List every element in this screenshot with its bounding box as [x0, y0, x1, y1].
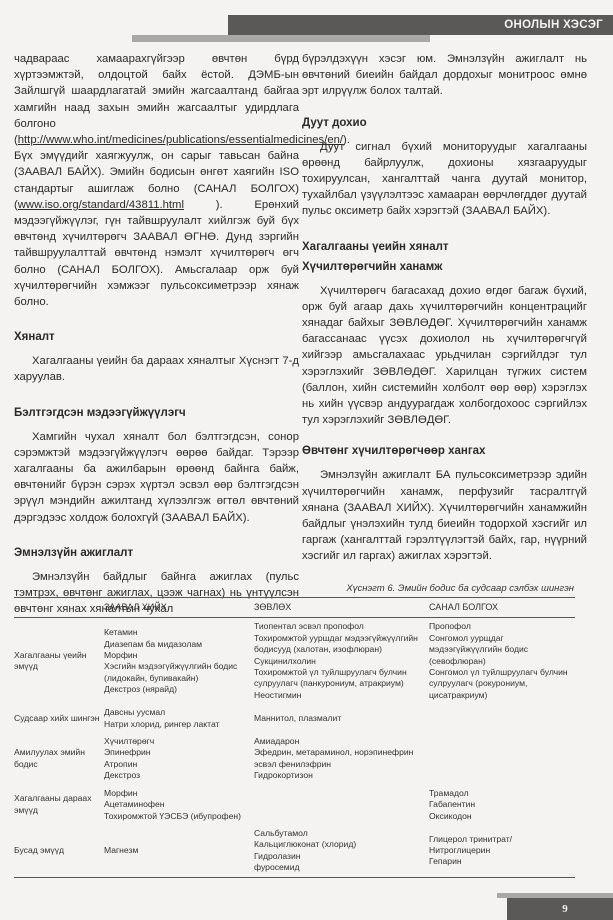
drug-item: Эфедрин, метараминол, норэпинефрин эсвэл…	[254, 747, 429, 770]
drug-item: Тохиромжтой үл туйлшруулагч булчин сулру…	[254, 667, 429, 690]
header-suggested: САНАЛ БОЛГОХ	[429, 598, 575, 618]
drug-item: Тиопентал эсвэл пропофол	[254, 621, 429, 632]
section-heading-audible-alarm: Дуут дохио	[302, 115, 587, 131]
cell-suggested	[429, 704, 575, 733]
table-header-row: ЗААВАЛ ХИЙХ ЗӨВЛӨХ САНАЛ БОЛГОХ	[14, 598, 575, 618]
section-heading-monitoring: Хяналт	[14, 329, 299, 345]
drug-item: Неостигмин	[254, 690, 429, 701]
drug-item: фуросемид	[254, 862, 429, 873]
section-header-bar: ОНОЛЫН ХЭСЭГ	[228, 15, 613, 35]
drug-item: Сонгомол уурщдаг мэдээгүйжүүлгийн бодис …	[429, 633, 575, 667]
table-row: Хагалгааны дараах эмүүдМорфинАцетаминофе…	[14, 785, 575, 825]
page-number: 9	[562, 903, 568, 915]
drug-item: Эпинефрин	[104, 747, 254, 758]
section-body-oxygenation: Эмнэлзүйн ажиглалт БА пульсоксиметрээр э…	[302, 467, 587, 564]
drug-item: Сукцинилхолин	[254, 656, 429, 667]
continuation-paragraph: бүрэлдэхүүн хэсэг юм. Эмнэлзүйн ажиглалт…	[302, 51, 587, 100]
drug-item: Сальбутамол	[254, 828, 429, 839]
cell-suggested: ТрамадолГабапентинОксикодон	[429, 785, 575, 825]
table-row: Бусад эмүүдМагнезмСальбутамолКальциглюко…	[14, 825, 575, 877]
cell-mandatory: Магнезм	[104, 825, 254, 877]
cell-suggested: Глицерол тринитрат/ НитроглицеринГепарин	[429, 825, 575, 877]
drug-item: Хүчилтөрөгч	[104, 736, 254, 747]
section-body-oxygen-saturation: Хүчилтөрөгч багасахад дохио өгдөг багаж …	[302, 283, 587, 429]
cell-mandatory: ХүчилтөрөгчЭпинефринАтропинДекстроз	[104, 733, 254, 785]
row-category: Судсаар хийх шингэн	[14, 704, 104, 733]
drugs-table: ЗААВАЛ ХИЙХ ЗӨВЛӨХ САНАЛ БОЛГОХ Хагалгаа…	[14, 597, 575, 878]
header-accent-bar	[132, 35, 430, 42]
right-column: бүрэлдэхүүн хэсэг юм. Эмнэлзүйн ажиглалт…	[302, 51, 587, 565]
section-heading-oxygenation: Өвчтөнг хүчилтөрөгчөөр хангах	[302, 443, 587, 459]
cell-recommended	[254, 785, 429, 825]
drug-item: Оксикодон	[429, 811, 575, 822]
drug-item: Гидролазин	[254, 851, 429, 862]
drug-item: Тохиромжтой ҮЭСБЭ (ибупрофен)	[104, 811, 254, 822]
cell-recommended: Маннитол, плазмалит	[254, 704, 429, 733]
table-row: Амилуулах эмийн бодисХүчилтөрөгчЭпинефри…	[14, 733, 575, 785]
cell-recommended: СальбутамолКальциглюконат (хлорид)Гидрол…	[254, 825, 429, 877]
drug-item: Гепарин	[429, 856, 575, 867]
section-subheading-oxygen-saturation: Хүчилтөрөгчийн ханамж	[302, 259, 587, 275]
table-caption: Хүснэгт 6. Эмийн бодис ба судсаар сэлбэх…	[0, 583, 574, 594]
section-title: ОНОЛЫН ХЭСЭГ	[504, 19, 603, 31]
drug-item: Габапентин	[429, 799, 575, 810]
intro-paragraph: чадвараас хамаарахгүйгээр өвчтөн бүрд хү…	[14, 51, 299, 310]
row-category: Амилуулах эмийн бодис	[14, 733, 104, 785]
cell-suggested: ПропофолСонгомол уурщдаг мэдээгүйжүүлгий…	[429, 618, 575, 704]
drug-item: Тохиромжтой ууршдаг мэдээгүйжүүлгийн бод…	[254, 633, 429, 656]
table-row: Судсаар хийх шингэнДавсны уусмалНатри хл…	[14, 704, 575, 733]
drug-item: Маннитол, плазмалит	[254, 713, 429, 724]
cell-recommended: Тиопентал эсвэл пропофолТохиромжтой уурш…	[254, 618, 429, 704]
section-heading-trained-anaesthetist: Бэлтгэгдсэн мэдээгүйжүүлэгч	[14, 405, 299, 421]
header-category	[14, 598, 104, 618]
drug-item: Сонгомол үл туйлшруулагч булчин сулруула…	[429, 667, 575, 701]
section-heading-intraoperative-monitoring: Хагалгааны үеийн хяналт	[302, 239, 587, 255]
section-body-trained-anaesthetist: Хамгийн чухал хяналт бол бэлтгэгдсэн, со…	[14, 429, 299, 526]
drug-item: Трамадол	[429, 788, 575, 799]
cell-mandatory: МорфинАцетаминофенТохиромжтой ҮЭСБЭ (ибу…	[104, 785, 254, 825]
drug-item: Атропин	[104, 759, 254, 770]
row-category: Бусад эмүүд	[14, 825, 104, 877]
table-row: Хагалгааны үеийн эмүүдКетаминДиазепам ба…	[14, 618, 575, 704]
section-heading-clinical-observation: Эмнэлзүйн ажиглалт	[14, 545, 299, 561]
drug-item: Давсны уусмал	[104, 707, 254, 718]
drug-item: Морфин	[104, 788, 254, 799]
section-body-monitoring: Хагалгааны үеийн ба дараах хяналтыг Хүсн…	[14, 353, 299, 385]
cell-suggested	[429, 733, 575, 785]
row-category: Хагалгааны дараах эмүүд	[14, 785, 104, 825]
row-category: Хагалгааны үеийн эмүүд	[14, 618, 104, 704]
drug-item: Хэсгийн мэдээгүйжүүлгийн бодис (лидокайн…	[104, 661, 254, 684]
drug-item: Глицерол тринитрат/ Нитроглицерин	[429, 834, 575, 857]
cell-mandatory: КетаминДиазепам ба мидазоламМорфинХэсгий…	[104, 618, 254, 704]
drug-item: Морфин	[104, 650, 254, 661]
who-medicines-link[interactable]: http://www.who.int/medicines/publication…	[18, 134, 343, 146]
header-mandatory: ЗААВАЛ ХИЙХ	[104, 598, 254, 618]
drug-item: Магнезм	[104, 845, 254, 856]
drug-item: Амиадарон	[254, 736, 429, 747]
drug-item: Ацетаминофен	[104, 799, 254, 810]
cell-recommended: АмиадаронЭфедрин, метараминол, норэпинеф…	[254, 733, 429, 785]
iso-standard-link[interactable]: www.iso.org/standard/43811.html	[18, 199, 184, 211]
section-body-audible-alarm: Дуут сигнал бүхий мониторуудыг хагалгаан…	[302, 139, 587, 220]
header-recommended: ЗӨВЛӨХ	[254, 598, 429, 618]
drug-item: Натри хлорид, рингер лактат	[104, 719, 254, 730]
left-column: чадвараас хамаарахгүйгээр өвчтөн бүрд хү…	[14, 51, 299, 617]
drug-item: Декстроз	[104, 770, 254, 781]
drug-item: Гидрокортизон	[254, 770, 429, 781]
drug-item: Кетамин	[104, 627, 254, 638]
drug-item: Кальциглюконат (хлорид)	[254, 839, 429, 850]
cell-mandatory: Давсны уусмалНатри хлорид, рингер лактат	[104, 704, 254, 733]
drug-item: Диазепам ба мидазолам	[104, 639, 254, 650]
drug-item: Пропофол	[429, 621, 575, 632]
drug-item: Декстроз (нярайд)	[104, 684, 254, 695]
page-number-box: 9	[507, 898, 613, 920]
